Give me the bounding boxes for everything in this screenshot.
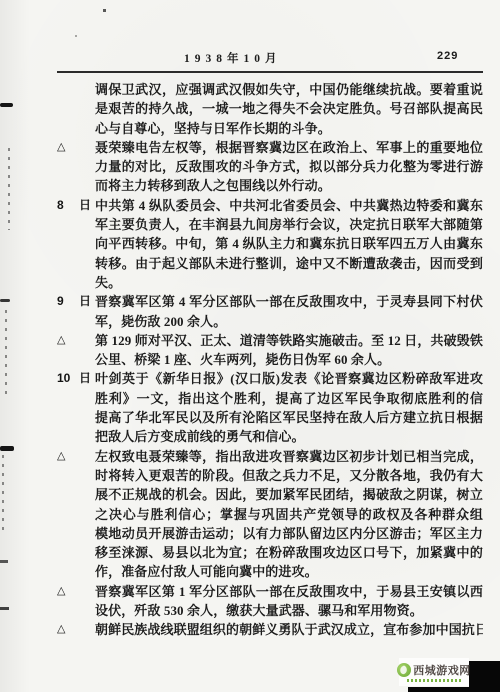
scan-artifact-dash: [0, 103, 13, 107]
chronicle-entry: △聂荣臻电告左权等，根据晋察冀边区在政治上、军事上的重要地位和敌我力量的对比，反…: [57, 138, 483, 196]
chronicle-entries: 调保卫武汉，应强调武汉假如失守，中国仍能继续抗战。要着重说明抗战是艰苦的持久战，…: [57, 80, 483, 640]
entry-text-line: 中共第 4 纵队委员会、中共河北省委员会、中共冀热边特委和冀东抗日联: [95, 196, 483, 215]
entry-text-line: 调保卫武汉，应强调武汉假如失守，中国仍能继续抗战。要着重说明抗战: [95, 80, 483, 99]
entry-text-line: 第 129 师对平汉、正太、道清等铁路实施破击。至 12 日，共破毁铁路 10 …: [95, 331, 483, 350]
entry-day-number: 10: [57, 369, 70, 388]
entry-day-number: 9: [57, 292, 64, 311]
scan-artifact-dash: [0, 299, 10, 302]
entry-text: 朝鲜民族战线联盟组织的朝鲜义勇队于武汉成立，宣布参加中国抗日战: [95, 620, 483, 639]
entry-triangle-marker: △: [57, 447, 65, 466]
entry-date-marker: △: [57, 138, 91, 157]
entry-text-line: 公里、桥梁 1 座、火车两列，毙伤日伪军 60 余人。: [95, 350, 483, 369]
entry-text-line: 提高了华北军民以及所有沦陷区军民坚持在敌人后方建立抗日根据地，: [95, 408, 483, 427]
chronicle-entry: 8日中共第 4 纵队委员会、中共河北省委员会、中共冀热边特委和冀东抗日联军主要负…: [57, 196, 483, 292]
entry-text-line: 设伏，歼敌 530 余人，缴获大量武器、骡马和军用物资。: [95, 601, 483, 620]
entry-text-line: 胜利》一文，指出这个胜利，提高了边区军民争取彻底胜利的信心，同时也: [95, 389, 483, 408]
entry-triangle-marker: △: [57, 582, 65, 601]
entry-text-line: 模地动员开展游击运动；以有力部队留边区内分区游击；军区主力似以转: [95, 524, 483, 543]
chronicle-entry: △左权致电聂荣臻等，指出敌进攻晋察冀边区初步计划已相当完成，边区一时将转入更艰苦…: [57, 447, 483, 582]
page-header-title: 1938年10月: [184, 50, 282, 66]
entry-text-line: 军主要负责人，在丰润县九间房举行会议，决定抗日联军大部随第 4 纵队: [95, 215, 483, 234]
entry-text-line: 晋察冀军区第 4 军分区部队一部在反敌围攻中，于灵寿县同下村伏击日: [95, 292, 483, 311]
page-number: 229: [437, 50, 458, 62]
entry-text-line: 聂荣臻电告左权等，根据晋察冀边区在政治上、军事上的重要地位和敌我: [95, 138, 483, 157]
entry-text: 调保卫武汉，应强调武汉假如失守，中国仍能继续抗战。要着重说明抗战是艰苦的持久战，…: [95, 80, 483, 138]
entry-day-suffix: 日: [79, 369, 91, 388]
entry-date-marker: 10日: [57, 369, 91, 388]
entry-text-line: 作，准备应付敌人可能向冀中的进攻。: [95, 562, 483, 581]
entry-text-line: 移至涞源、易县以北为宜；在粉碎敌围攻边区口号下，加紧冀中的动员工: [95, 543, 483, 562]
entry-date-marker: △: [57, 582, 91, 601]
entry-date-marker: △: [57, 447, 91, 466]
entry-text-line: 向平西转移。中旬，第 4 纵队主力和冀东抗日联军四五万人由冀东向平西: [95, 234, 483, 253]
entry-text: 晋察冀军区第 1 军分区部队一部在反敌围攻中，于易县王安镇以西地区设伏，歼敌 5…: [95, 582, 483, 621]
entry-text-line: 朝鲜民族战线联盟组织的朝鲜义勇队于武汉成立，宣布参加中国抗日战: [95, 620, 483, 639]
entry-date-marker: 9日: [57, 292, 91, 311]
entry-text: 中共第 4 纵队委员会、中共河北省委员会、中共冀热边特委和冀东抗日联军主要负责人…: [95, 196, 483, 292]
entry-text: 晋察冀军区第 4 军分区部队一部在反敌围攻中，于灵寿县同下村伏击日军，毙伤敌 2…: [95, 292, 483, 331]
entry-text-line: 展不正规战的机会。因此，要加紧军民团结，揭破敌之阴谋，树立坚持抗战: [95, 485, 483, 504]
running-head: 1938年10月 229: [0, 50, 500, 68]
entry-text-line: 左权致电聂荣臻等，指出敌进攻晋察冀边区初步计划已相当完成，边区一: [95, 447, 483, 466]
chronicle-entry: △晋察冀军区第 1 军分区部队一部在反敌围攻中，于易县王安镇以西地区设伏，歼敌 …: [57, 582, 483, 621]
entry-text-line: 之决心与胜利信心；掌握与巩固共产党领导的政权及各种群众组织；大规: [95, 505, 483, 524]
entry-text: 叶剑英于《新华日报》(汉口版)发表《论晋察冀边区粉碎敌军进攻的初步胜利》一文，指…: [95, 369, 483, 446]
entry-day-number: 8: [57, 196, 64, 215]
entry-day-suffix: 日: [79, 292, 91, 311]
entry-text-line: 而将主力转移到敌人之包围线以外行动。: [95, 176, 483, 195]
entry-text: 聂荣臻电告左权等，根据晋察冀边区在政治上、军事上的重要地位和敌我力量的对比，反敌…: [95, 138, 483, 196]
entry-text-line: 时将转入更艰苦的阶段。但敌之兵力不足，又分散各地，我仍有大规模开: [95, 466, 483, 485]
chronicle-entry: △第 129 师对平汉、正太、道清等铁路实施破击。至 12 日，共破毁铁路 10…: [57, 331, 483, 370]
watermark-tagline: [407, 679, 461, 682]
entry-text-line: 把敌人后方变成前线的勇气和信心。: [95, 427, 483, 446]
chronicle-entry: 9日晋察冀军区第 4 军分区部队一部在反敌围攻中，于灵寿县同下村伏击日军，毙伤敌…: [57, 292, 483, 331]
entry-date-marker: 8日: [57, 196, 91, 215]
watermark-site-name: 西城游戏网: [413, 662, 471, 678]
entry-text: 第 129 师对平汉、正太、道清等铁路实施破击。至 12 日，共破毁铁路 10 …: [95, 331, 483, 370]
entry-text-line: 转移。由于起义部队未进行整训，途中又不断遭敌袭击，因而受到重大损: [95, 254, 483, 273]
entry-triangle-marker: △: [57, 138, 65, 157]
entry-text-line: 心与自尊心，坚持与日军作长期的斗争。: [95, 119, 483, 138]
scan-artifact-dotted-line: [2, 455, 4, 530]
chronicle-entry: 10日叶剑英于《新华日报》(汉口版)发表《论晋察冀边区粉碎敌军进攻的初步胜利》一…: [57, 369, 483, 446]
scan-artifact-dotted-line: [8, 148, 10, 230]
entry-date-marker: △: [57, 331, 91, 350]
book-page: 1938年10月 229 调保卫武汉，应强调武汉假如失守，中国仍能继续抗战。要着…: [0, 0, 500, 692]
watermark-leaf-icon: [397, 663, 411, 677]
watermark: 西城游戏网: [399, 658, 469, 686]
entry-date-marker: △: [57, 620, 91, 639]
scan-artifact-speck: [75, 35, 77, 37]
scan-artifact-dash: [0, 446, 14, 451]
entry-text: 左权致电聂荣臻等，指出敌进攻晋察冀边区初步计划已相当完成，边区一时将转入更艰苦的…: [95, 447, 483, 582]
scan-artifact-dash: [0, 560, 8, 563]
scan-artifact-dotted-line: [5, 310, 7, 395]
scan-artifact-speck: [103, 9, 106, 12]
header-rule: [57, 71, 483, 73]
entry-text-line: 叶剑英于《新华日报》(汉口版)发表《论晋察冀边区粉碎敌军进攻的初步: [95, 369, 483, 388]
scan-artifact-dash: [0, 607, 9, 610]
scan-black-bottom-bar: [408, 687, 500, 692]
entry-text-line: 力量的对比，反敌围攻的斗争方式，拟以部分兵力化整为零进行游击战，: [95, 157, 483, 176]
entry-text-line: 军，毙伤敌 200 余人。: [95, 312, 483, 331]
chronicle-entry: △朝鲜民族战线联盟组织的朝鲜义勇队于武汉成立，宣布参加中国抗日战: [57, 620, 483, 639]
entry-triangle-marker: △: [57, 331, 65, 350]
entry-day-suffix: 日: [79, 196, 91, 215]
entry-text-line: 是艰苦的持久战，一城一地之得失不会决定胜负。号召部队提高民族自信: [95, 99, 483, 118]
entry-triangle-marker: △: [57, 620, 65, 639]
chronicle-entry: 调保卫武汉，应强调武汉假如失守，中国仍能继续抗战。要着重说明抗战是艰苦的持久战，…: [57, 80, 483, 138]
entry-text-line: 失。: [95, 273, 483, 292]
entry-text-line: 晋察冀军区第 1 军分区部队一部在反敌围攻中，于易县王安镇以西地区: [95, 582, 483, 601]
watermark-row: 西城游戏网: [397, 662, 471, 678]
